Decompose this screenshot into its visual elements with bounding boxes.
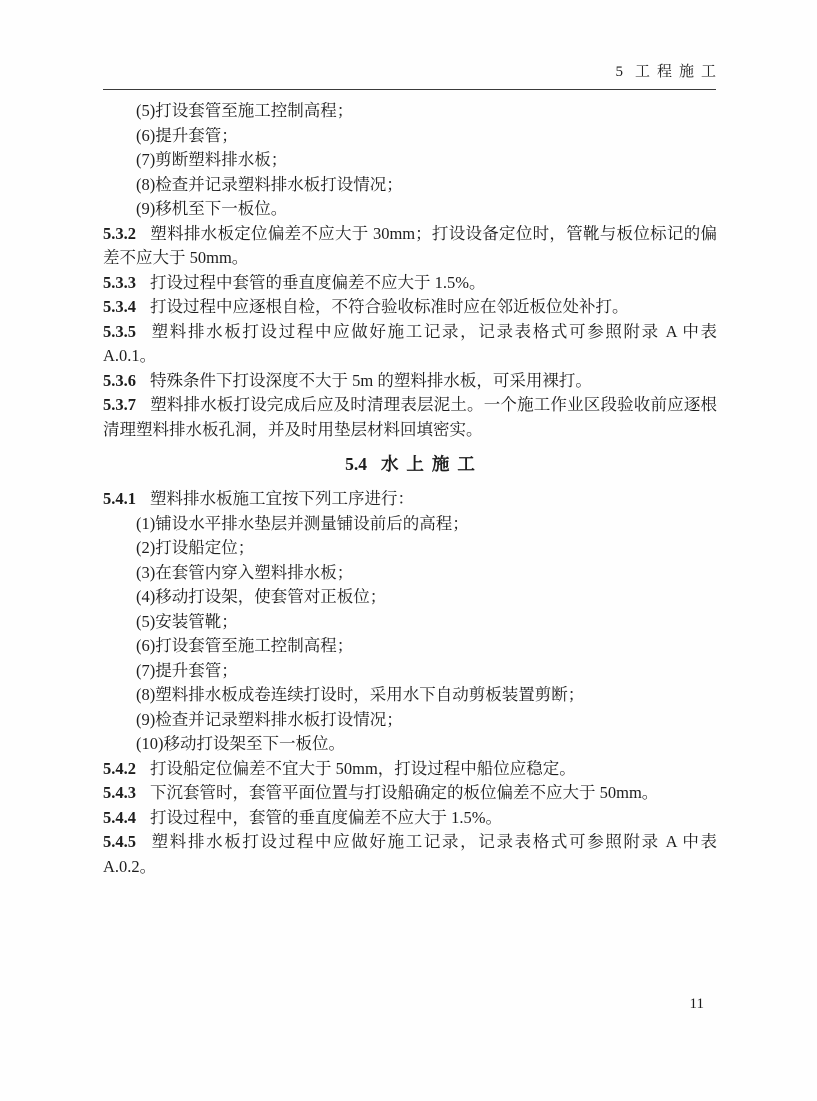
clause-number: 5.3.7 <box>103 395 136 414</box>
list-item: (6)打设套管至施工控制高程； <box>103 634 717 659</box>
chapter-title: 工程施工 <box>635 64 723 80</box>
list-item: (8)检查并记录塑料排水板打设情况； <box>103 173 717 198</box>
clause-5-4-5: 5.4.5塑料排水板打设过程中应做好施工记录，记录表格式可参照附录 A 中表 A… <box>103 830 717 879</box>
clause-5-3-5: 5.3.5塑料排水板打设过程中应做好施工记录，记录表格式可参照附录 A 中表 A… <box>103 320 717 369</box>
page-header: 5工程施工 <box>103 62 716 90</box>
document-body: (5)打设套管至施工控制高程； (6)提升套管； (7)剪断塑料排水板； (8)… <box>103 99 717 879</box>
clause-text: 打设船定位偏差不宜大于 50mm，打设过程中船位应稳定。 <box>150 759 576 778</box>
clause-number: 5.4.1 <box>103 489 136 508</box>
list-item: (4)移动打设架，使套管对正板位； <box>103 585 717 610</box>
clause-5-4-1: 5.4.1塑料排水板施工宜按下列工序进行： <box>103 487 717 512</box>
clause-5-4-2: 5.4.2打设船定位偏差不宜大于 50mm，打设过程中船位应稳定。 <box>103 757 717 782</box>
clause-text: 打设过程中应逐根自检，不符合验收标准时应在邻近板位处补打。 <box>150 297 629 316</box>
clause-text: 打设过程中，套管的垂直度偏差不应大于 1.5%。 <box>150 808 502 827</box>
clause-text: 塑料排水板打设完成后应及时清理表层泥土。一个施工作业区段验收前应逐根清理塑料排水… <box>103 395 717 439</box>
clause-number: 5.3.2 <box>103 224 136 243</box>
list-item: (2)打设船定位； <box>103 536 717 561</box>
clause-5-3-2: 5.3.2塑料排水板定位偏差不应大于 30mm；打设设备定位时，管靴与板位标记的… <box>103 222 717 271</box>
list-item: (6)提升套管； <box>103 124 717 149</box>
clause-number: 5.4.4 <box>103 808 136 827</box>
clause-number: 5.3.3 <box>103 273 136 292</box>
clause-text: 塑料排水板打设过程中应做好施工记录，记录表格式可参照附录 A 中表 A.0.2。 <box>103 832 717 876</box>
clause-text: 塑料排水板打设过程中应做好施工记录，记录表格式可参照附录 A 中表 A.0.1。 <box>103 322 717 366</box>
clause-5-3-3: 5.3.3打设过程中套管的垂直度偏差不应大于 1.5%。 <box>103 271 717 296</box>
clause-number: 5.4.2 <box>103 759 136 778</box>
section-number: 5.4 <box>345 454 367 474</box>
list-item: (5)打设套管至施工控制高程； <box>103 99 717 124</box>
list-item: (9)移机至下一板位。 <box>103 197 717 222</box>
list-item: (3)在套管内穿入塑料排水板； <box>103 561 717 586</box>
clause-text: 塑料排水板施工宜按下列工序进行： <box>150 489 414 508</box>
clause-number: 5.4.3 <box>103 783 136 802</box>
clause-text: 下沉套管时，套管平面位置与打设船确定的板位偏差不应大于 50mm。 <box>150 783 658 802</box>
clause-number: 5.3.5 <box>103 322 136 341</box>
section-heading: 5.4水上施工 <box>103 452 717 477</box>
list-item: (5)安装管靴； <box>103 610 717 635</box>
clause-number: 5.4.5 <box>103 832 136 851</box>
list-item: (7)提升套管； <box>103 659 717 684</box>
list-item: (1)铺设水平排水垫层并测量铺设前后的高程； <box>103 512 717 537</box>
list-item: (9)检查并记录塑料排水板打设情况； <box>103 708 717 733</box>
clause-5-4-4: 5.4.4打设过程中，套管的垂直度偏差不应大于 1.5%。 <box>103 806 717 831</box>
clause-text: 塑料排水板定位偏差不应大于 30mm；打设设备定位时，管靴与板位标记的偏差不应大… <box>103 224 717 268</box>
clause-text: 打设过程中套管的垂直度偏差不应大于 1.5%。 <box>150 273 486 292</box>
clause-5-4-3: 5.4.3下沉套管时，套管平面位置与打设船确定的板位偏差不应大于 50mm。 <box>103 781 717 806</box>
clause-text: 特殊条件下打设深度不大于 5m 的塑料排水板，可采用裸打。 <box>150 371 592 390</box>
clause-number: 5.3.6 <box>103 371 136 390</box>
clause-5-3-7: 5.3.7塑料排水板打设完成后应及时清理表层泥土。一个施工作业区段验收前应逐根清… <box>103 393 717 442</box>
clause-5-3-4: 5.3.4打设过程中应逐根自检，不符合验收标准时应在邻近板位处补打。 <box>103 295 717 320</box>
document-page: 5工程施工 (5)打设套管至施工控制高程； (6)提升套管； (7)剪断塑料排水… <box>0 0 817 1101</box>
clause-5-3-6: 5.3.6特殊条件下打设深度不大于 5m 的塑料排水板，可采用裸打。 <box>103 369 717 394</box>
section-title: 水上施工 <box>381 454 483 474</box>
list-item: (7)剪断塑料排水板； <box>103 148 717 173</box>
chapter-number: 5 <box>615 64 623 80</box>
list-item: (10)移动打设架至下一板位。 <box>103 732 717 757</box>
page-number: 11 <box>103 996 716 1013</box>
list-item: (8)塑料排水板成卷连续打设时，采用水下自动剪板装置剪断； <box>103 683 717 708</box>
clause-number: 5.3.4 <box>103 297 136 316</box>
